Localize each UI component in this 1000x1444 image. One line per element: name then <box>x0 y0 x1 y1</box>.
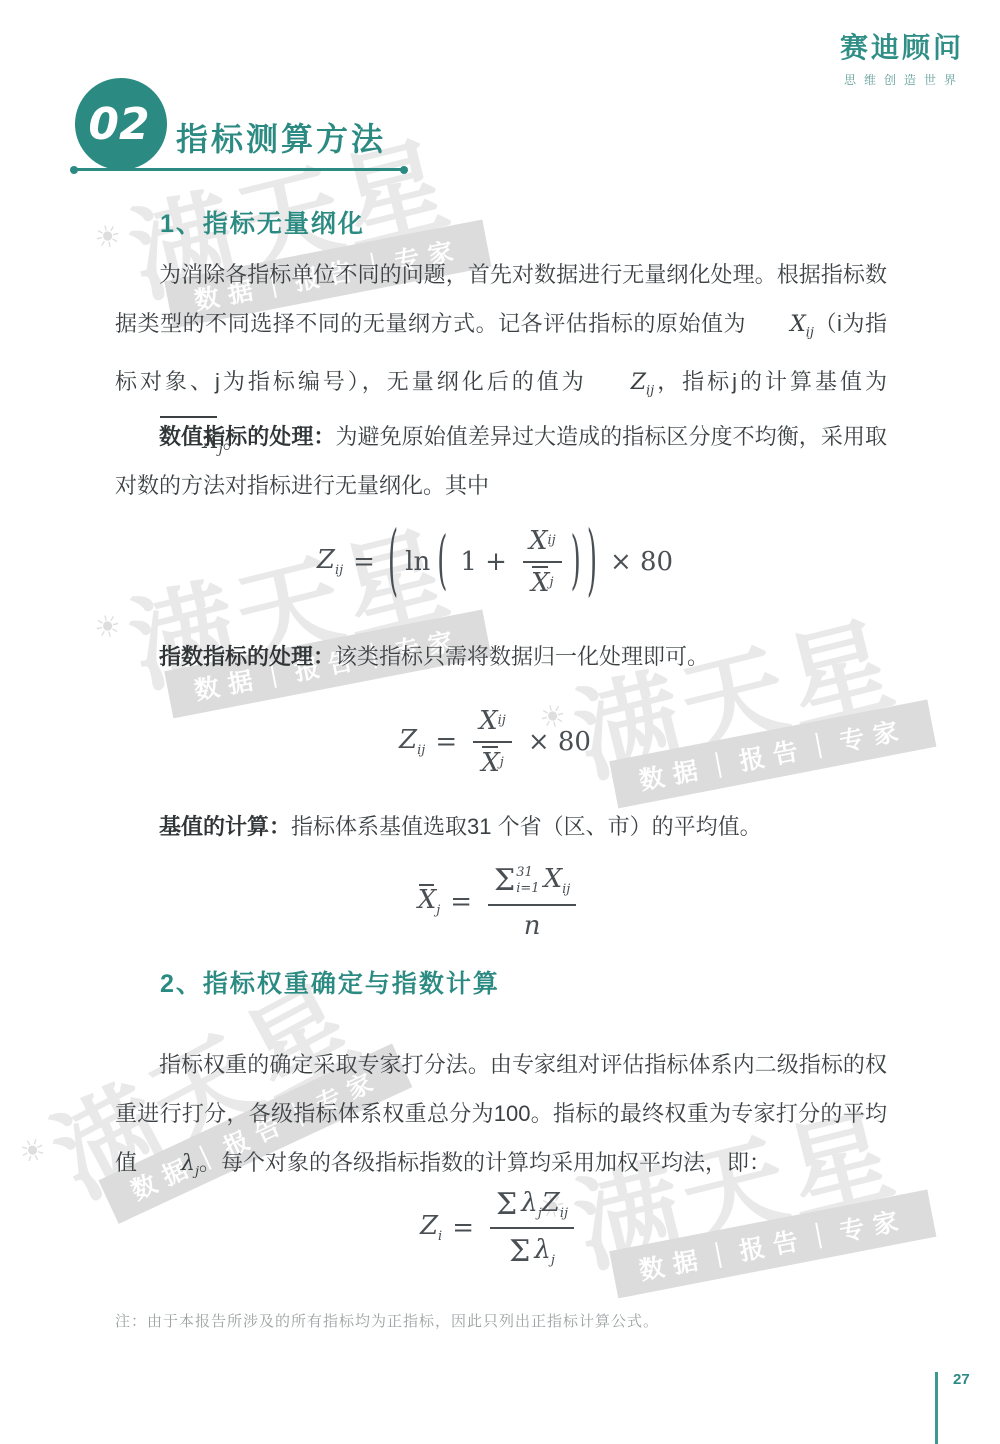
paragraph-2: 数值指标的处理：为避免原始值差异过大造成的指标区分度不均衡，采用取对数的方法对指… <box>115 412 887 510</box>
footnote: 注：由于本报告所涉及的所有指标均为正指标，因此只列出正指标计算公式。 <box>115 1310 659 1331</box>
footer-accent-line <box>935 1372 938 1444</box>
fraction: Σ 31i=1 Xij n <box>488 862 576 942</box>
equals-sign: = <box>450 887 472 917</box>
paren-close: ) <box>587 517 597 607</box>
math-lhs: Zij <box>317 545 343 578</box>
paren-close: ) <box>571 525 581 599</box>
paragraph-text: 指标体系基值选取31 个省（区、市）的平均值。 <box>291 814 762 839</box>
page-title: 指标测算方法 <box>176 114 386 160</box>
formula-index-normalization: Zij = Xij Xj × 80 <box>0 692 1000 792</box>
equals-sign: = <box>435 727 457 757</box>
paragraph-text: 。每个对象的各级指标指数的计算均采用加权平均法，即： <box>199 1150 771 1175</box>
sigma-symbol: Σ <box>496 1186 517 1224</box>
inline-math-xij: Xij <box>746 299 814 357</box>
sigma-symbol: Σ <box>494 862 515 900</box>
times-80: × 80 <box>610 547 673 577</box>
company-logo: 赛迪顾问 思维创造世界 <box>840 26 964 88</box>
paragraph-text: ，指标j的计算基值为 <box>654 369 887 394</box>
sigma-symbol: Σ <box>509 1233 530 1271</box>
logo-name: 赛迪顾问 <box>840 26 964 66</box>
sigma-limits: 31i=1 <box>516 865 539 896</box>
formula-weighted-average: Zi = Σ λj Zij Σ λj <box>0 1178 1000 1278</box>
times-80: × 80 <box>528 727 591 757</box>
math-lhs: Zij <box>399 725 425 758</box>
paragraph-4: 基值的计算：指标体系基值选取31 个省（区、市）的平均值。 <box>115 802 887 851</box>
paragraph-3: 指数指标的处理：该类指标只需将数据归一化处理即可。 <box>115 632 887 681</box>
rule-dot-left <box>70 166 78 174</box>
section-1-heading: 1、指标无量纲化 <box>160 204 365 240</box>
chapter-number: 02 <box>88 99 149 150</box>
logo-tagline: 思维创造世界 <box>840 71 964 88</box>
paragraph-5: 指标权重的确定采取专家打分法。由专家组对评估指标体系内二级指标的权重进行打分，各… <box>115 1040 887 1196</box>
math-lhs: Xj <box>418 885 441 918</box>
title-underline <box>76 168 402 171</box>
formula-base-value: Xj = Σ 31i=1 Xij n <box>0 852 1000 952</box>
page-number: 27 <box>953 1371 970 1388</box>
rule-dot-right <box>400 166 408 174</box>
paragraph-text: 该类指标只需将数据归一化处理即可。 <box>335 644 709 669</box>
paren-open: ( <box>388 517 398 607</box>
fraction: Σ λj Zij Σ λj <box>490 1186 574 1271</box>
equals-sign: = <box>353 547 375 577</box>
inline-math-zij: Zij <box>587 357 655 415</box>
section-2-heading: 2、指标权重确定与指数计算 <box>160 964 500 1000</box>
math-lhs: Zi <box>420 1211 442 1244</box>
ln-function: ln <box>405 547 430 577</box>
paragraph-label: 基值的计算： <box>159 814 291 839</box>
one-plus: 1 + <box>460 547 507 577</box>
formula-log-normalization: Zij = ( ln ( 1 + Xij Xj ) ) × 80 <box>0 512 1000 612</box>
paragraph-label: 指数指标的处理： <box>159 644 335 669</box>
paragraph-label: 数值指标的处理： <box>159 424 336 449</box>
fraction: Xij Xj <box>473 705 512 780</box>
fraction: Xij Xj <box>523 525 562 600</box>
paren-open: ( <box>437 525 447 599</box>
equals-sign: = <box>452 1213 474 1243</box>
document-page: 赛迪顾问 思维创造世界 02 指标测算方法 1、指标无量纲化 为消除各指标单位不… <box>0 0 1000 1444</box>
chapter-number-badge: 02 <box>75 78 167 170</box>
